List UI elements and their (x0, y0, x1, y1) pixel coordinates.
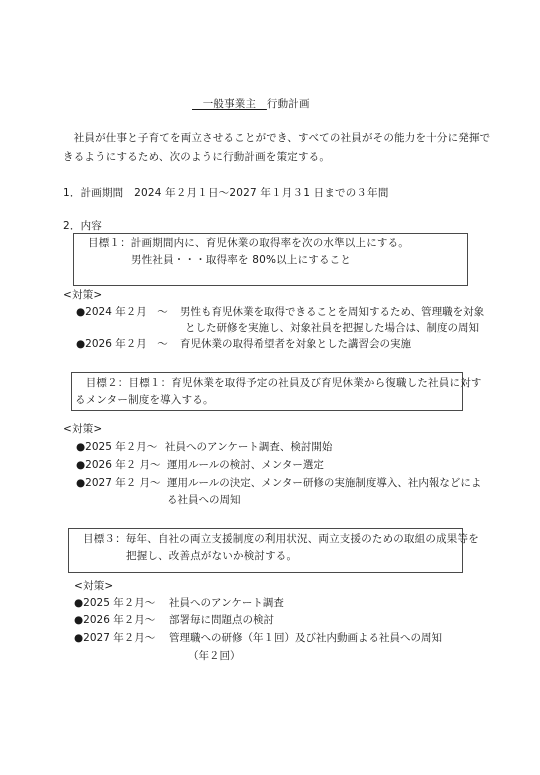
measure-2-1-desc: 社員へのアンケート調査、検討開始 (165, 440, 332, 454)
measure-3-3-desc-2: （年２回） (188, 649, 241, 663)
document-page: 一般事業主 行動計画 社員が仕事と子育てを両立させることができ、すべての社員がそ… (0, 0, 540, 775)
goal-3-line-2: 把握し、改善点がないか検討する。 (126, 549, 297, 563)
measure-3-1-desc: 社員へのアンケート調査 (169, 596, 284, 610)
title-underlined: 一般事業主 (192, 98, 267, 110)
goal-3-line-1: 目標３：毎年、自社の両立支援制度の利用状況、両立支援のための取組の成果等を (83, 532, 479, 546)
measure-3-3-desc-1: 管理職への研修（年１回）及び社内動画よる社員への周知 (169, 631, 442, 645)
measure-3-2-desc: 部署毎に問題点の検討 (169, 613, 274, 627)
measure-2-1-date: ●2025 年２月～ (76, 440, 157, 454)
goal-3-box: 目標３：毎年、自社の両立支援制度の利用状況、両立支援のための取組の成果等を 把握… (68, 528, 463, 573)
section-plan-period: 1．計画期間 2024 年２月１日～2027 年１月３1 日までの３年間 (63, 186, 389, 200)
measure-2-3-date: ●2027 年２ 月～ (76, 476, 161, 490)
measures-3-label: <対策> (74, 579, 113, 593)
intro-line-2: きるようにするため、次のように行動計画を策定する。 (63, 150, 330, 164)
measure-2-3-desc-2: る社員への周知 (167, 493, 241, 507)
measure-3-1-date: ●2025 年２月～ (74, 596, 155, 610)
measure-2-2-date: ●2026 年２ 月～ (76, 458, 161, 472)
document-title: 一般事業主 行動計画 (192, 97, 310, 111)
measure-1-2-date: ●2026 年２月 ～ (76, 337, 168, 351)
measure-1-1-desc-1: 男性も育児休業を取得できることを周知するため、管理職を対象 (180, 305, 484, 319)
goal-2-line-2: るメンター制度を導入する。 (75, 393, 214, 407)
measure-1-2-desc: 育児休業の取得希望者を対象とした講習会の実施 (180, 337, 411, 351)
measure-1-1-desc-2: とした研修を実施し、対象社員を把握した場合は、制度の周知 (185, 321, 479, 335)
goal-1-box: 目標１：計画期間内に、育児休業の取得率を次の水準以上にする。 男性社員・・・取得… (73, 233, 468, 286)
measure-3-2-date: ●2026 年２月～ (74, 613, 155, 627)
measures-1-label: <対策> (63, 288, 102, 302)
measure-2-2-desc: 運用ルールの検討、メンター選定 (167, 458, 324, 472)
measure-2-3-desc-1: 運用ルールの決定、メンター研修の実施制度導入、社内報などによ (167, 476, 481, 490)
measure-3-3-date: ●2027 年２月～ (74, 631, 155, 645)
goal-2-box: 目標２：目標１：育児休業を取得予定の社員及び育児休業から復職した社員に対す るメ… (71, 372, 463, 411)
intro-line-1: 社員が仕事と子育てを両立させることができ、すべての社員がその能力を十分に発揮で (63, 131, 490, 145)
goal-1-line-2: 男性社員・・・取得率を 80%以上にすること (131, 253, 351, 267)
title-rest: 行動計画 (267, 98, 310, 110)
goal-1-line-1: 目標１：計画期間内に、育児休業の取得率を次の水準以上にする。 (88, 236, 409, 250)
measures-2-label: <対策> (63, 422, 102, 436)
goal-2-line-1: 目標２：目標１：育児休業を取得予定の社員及び育児休業から復職した社員に対す (75, 376, 482, 390)
measure-1-1-date: ●2024 年２月 ～ (76, 305, 168, 319)
section-content-heading: 2．内容 (63, 219, 102, 233)
